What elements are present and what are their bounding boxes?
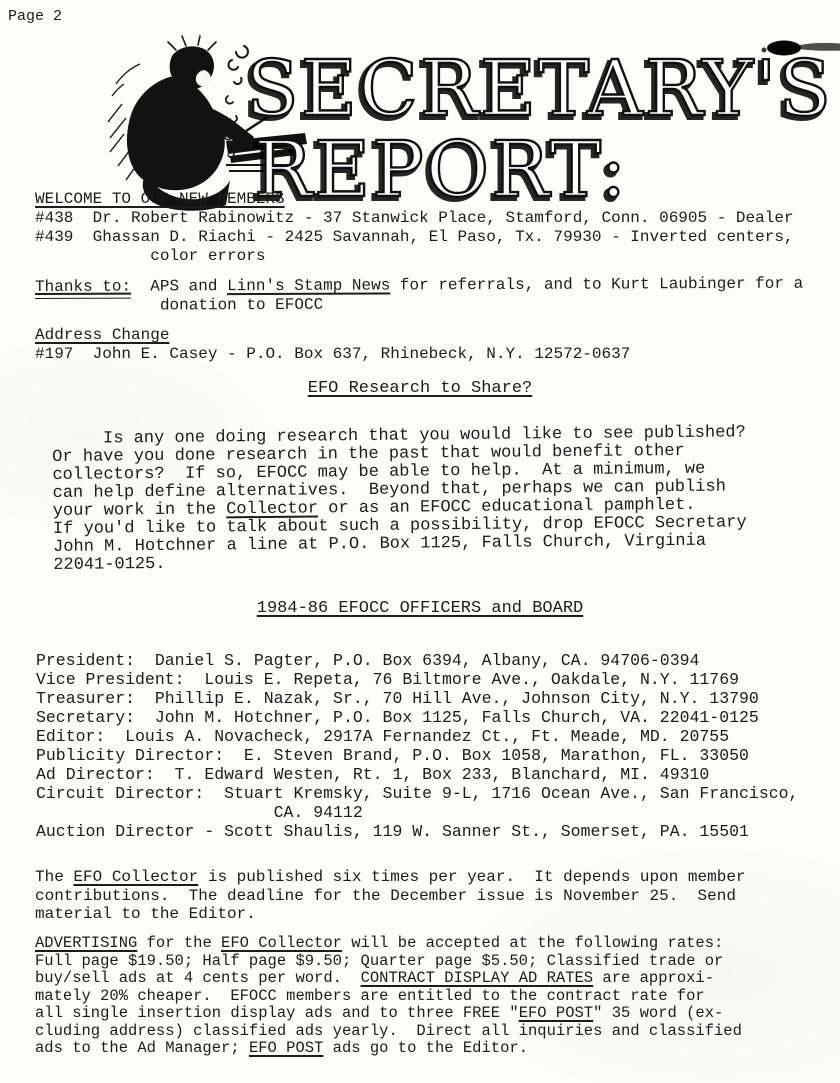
text-run: " 35 word (ex- <box>593 1004 723 1022</box>
text-run: #197 John E. Casey - P.O. Box 637, Rhine… <box>35 345 630 363</box>
text-line: Publicity Director: E. Steven Brand, P.O… <box>36 746 798 765</box>
text-line: 1984-86 EFOCC OFFICERS and BOARD <box>0 599 840 618</box>
text-line: President: Daniel S. Pagter, P.O. Box 63… <box>36 651 798 670</box>
text-line: WELCOME TO OUR NEW MEMBERS <box>35 190 794 209</box>
text-run: ads to the Ad Manager; <box>35 1039 249 1057</box>
text-line: CA. 94112 <box>36 803 798 822</box>
underlined-text-run: EFO Collector <box>73 868 198 886</box>
heading-officers-board: 1984-86 EFOCC OFFICERS and BOARD <box>0 599 840 618</box>
underlined-text-run: ADVERTISING <box>35 934 137 952</box>
text-run: #438 Dr. Robert Rabinowitz - 37 Stanwick… <box>35 209 794 227</box>
text-line: all single insertion display ads and to … <box>35 1005 742 1023</box>
text-run: The <box>35 868 73 886</box>
underlined-text-run: Address Change <box>35 326 169 344</box>
text-line: contributions. The deadline for the Dece… <box>35 887 746 906</box>
section-advertising-rates: ADVERTISING for the EFO Collector will b… <box>35 935 742 1058</box>
text-run: for the <box>137 934 221 952</box>
text-run: buy/sell ads at 4 cents per word. <box>35 969 361 987</box>
text-run: Vice President: Louis E. Repeta, 76 Bilt… <box>36 670 739 689</box>
title-line1: SECRETARY'S <box>246 52 833 134</box>
text-line: #438 Dr. Robert Rabinowitz - 37 Stanwick… <box>35 209 794 228</box>
section-research-paragraph: Is any one doing research that you would… <box>52 424 747 575</box>
underlined-text-run: Thanks to: <box>35 278 131 299</box>
section-address-change: Address Change#197 John E. Casey - P.O. … <box>35 326 630 364</box>
underlined-text-run: EFO Collector <box>221 934 342 952</box>
text-line: ADVERTISING for the EFO Collector will b… <box>35 935 742 953</box>
text-line: The EFO Collector is published six times… <box>35 868 746 887</box>
text-run: Editor: Louis A. Novacheck, 2917A Fernan… <box>36 727 729 746</box>
text-line: #197 John E. Casey - P.O. Box 637, Rhine… <box>35 345 630 364</box>
text-run: 22041-0125. <box>53 555 165 575</box>
text-line: Auction Director - Scott Shaulis, 119 W.… <box>36 822 798 841</box>
text-run: Auction Director - Scott Shaulis, 119 W.… <box>36 822 749 841</box>
text-line: Editor: Louis A. Novacheck, 2917A Fernan… <box>36 727 798 746</box>
text-line: cluding address) classified ads yearly. … <box>35 1023 742 1041</box>
text-line: Thanks to: APS and Linn's Stamp News for… <box>35 275 803 297</box>
underlined-text-run: WELCOME TO OUR NEW MEMBERS <box>35 190 285 208</box>
underlined-text-run: CONTRACT DISPLAY AD RATES <box>361 969 594 987</box>
text-run: Circuit Director: Stuart Kremsky, Suite … <box>36 784 798 803</box>
text-line: Secretary: John M. Hotchner, P.O. Box 11… <box>36 708 798 727</box>
underlined-text-run: Linn's Stamp News <box>227 276 390 295</box>
text-line: EFO Research to Share? <box>0 379 840 398</box>
text-line: Treasurer: Phillip E. Nazak, Sr., 70 Hil… <box>36 689 798 708</box>
text-line: Ad Director: T. Edward Westen, Rt. 1, Bo… <box>36 765 798 784</box>
text-line: buy/sell ads at 4 cents per word. CONTRA… <box>35 970 742 988</box>
masthead-title-art: SECRETARY'S SECRETARY'S REPORT: REPORT: <box>246 52 840 204</box>
text-run: Ad Director: T. Edward Westen, Rt. 1, Bo… <box>36 765 709 784</box>
text-run: Treasurer: Phillip E. Nazak, Sr., 70 Hil… <box>36 689 759 708</box>
text-line: Address Change <box>35 326 630 345</box>
text-run: cluding address) classified ads yearly. … <box>35 1022 742 1040</box>
text-run: APS and <box>131 277 227 295</box>
text-run: CA. 94112 <box>36 803 363 822</box>
text-run: color errors <box>35 247 265 265</box>
text-run: President: Daniel S. Pagter, P.O. Box 63… <box>36 651 699 670</box>
heading-efo-research: EFO Research to Share? <box>0 379 840 398</box>
text-line: Full page $19.50; Half page $9.50; Quart… <box>35 953 742 971</box>
text-run: Full page $19.50; Half page $9.50; Quart… <box>35 952 723 970</box>
underlined-text-run: EFO POST <box>249 1039 323 1057</box>
text-run: all single insertion display ads and to … <box>35 1004 519 1022</box>
text-run: Publicity Director: E. Steven Brand, P.O… <box>36 746 749 765</box>
section-collector-publication-info: The EFO Collector is published six times… <box>35 868 746 924</box>
text-line: donation to EFOCC <box>35 294 803 316</box>
underlined-text-run: EFO Research to Share? <box>308 379 532 398</box>
text-run: are approxi- <box>593 969 714 987</box>
text-run: contributions. The deadline for the Dece… <box>35 887 736 905</box>
text-run: donation to EFOCC <box>35 296 323 315</box>
underlined-text-run: 1984-86 EFOCC OFFICERS and BOARD <box>257 599 583 618</box>
text-line: 22041-0125. <box>53 550 747 575</box>
text-line: Vice President: Louis E. Repeta, 76 Bilt… <box>36 670 798 689</box>
text-run: material to the Editor. <box>35 905 256 923</box>
underlined-text-run: EFO POST <box>519 1004 593 1022</box>
text-line: color errors <box>35 247 794 266</box>
underlined-text-run: Collector <box>226 499 318 519</box>
text-run: #439 Ghassan D. Riachi - 2425 Savannah, … <box>35 228 794 246</box>
text-line: mately 20% cheaper. EFOCC members are en… <box>35 988 742 1006</box>
section-officers-list: President: Daniel S. Pagter, P.O. Box 63… <box>36 651 798 841</box>
text-run: for referrals, and to Kurt Laubinger for… <box>390 275 803 295</box>
text-run: Secretary: John M. Hotchner, P.O. Box 11… <box>36 708 759 727</box>
text-run: mately 20% cheaper. EFOCC members are en… <box>35 987 705 1005</box>
text-line: #439 Ghassan D. Riachi - 2425 Savannah, … <box>35 228 794 247</box>
text-line: ads to the Ad Manager; EFO POST ads go t… <box>35 1040 742 1058</box>
text-run: will be accepted at the following rates: <box>342 934 723 952</box>
text-line: material to the Editor. <box>35 905 746 924</box>
scanned-newsletter-page: Page 2 <box>0 0 840 1083</box>
text-run: is published six times per year. It depe… <box>198 868 745 886</box>
section-welcome-new-members: WELCOME TO OUR NEW MEMBERS#438 Dr. Rober… <box>35 190 794 266</box>
text-line: Circuit Director: Stuart Kremsky, Suite … <box>36 784 798 803</box>
section-thanks: Thanks to: APS and Linn's Stamp News for… <box>35 275 803 316</box>
text-run: ads go to the Editor. <box>323 1039 528 1057</box>
